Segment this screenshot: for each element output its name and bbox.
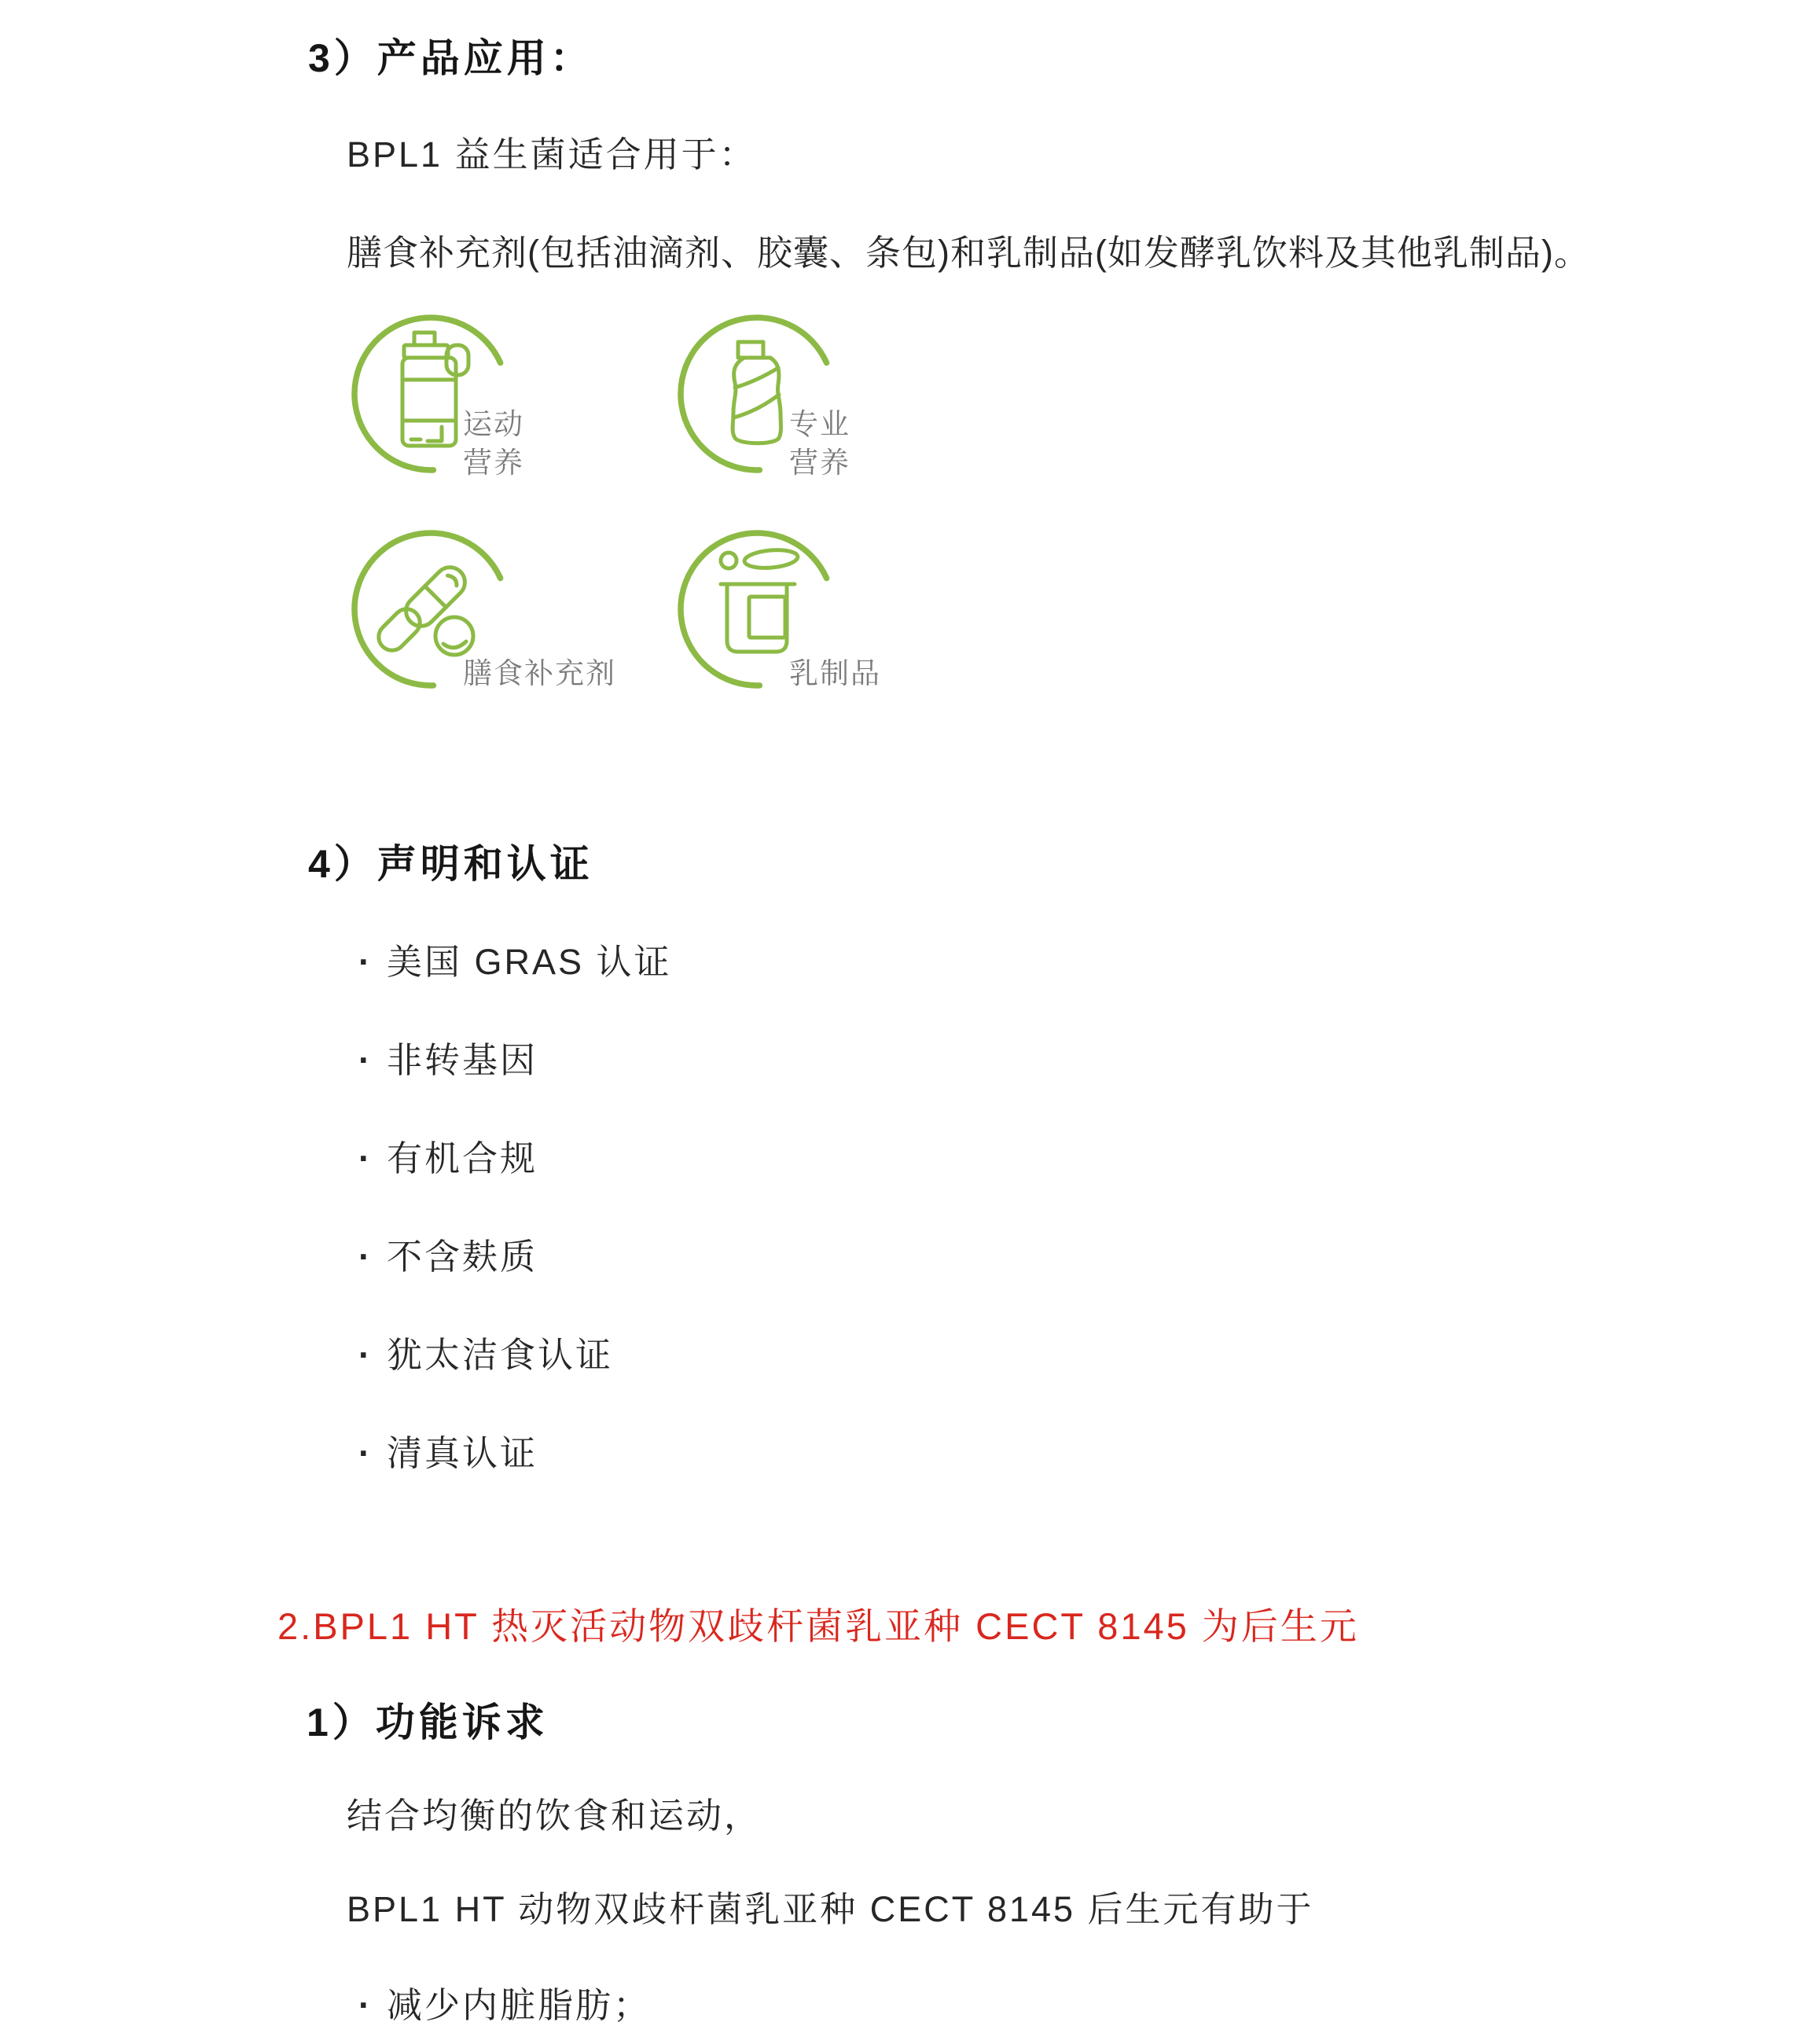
application-label: 运动 营养 — [463, 406, 524, 483]
application-item-dietary-supplements: 膳食补充剂 — [348, 527, 710, 708]
claim-text: 不含麸质 — [387, 1237, 538, 1277]
bullet-icon: · — [358, 1138, 373, 1179]
claim-text: 犹太洁食认证 — [387, 1335, 613, 1376]
functional-claims-line1: 结合均衡的饮食和运动， — [347, 1796, 762, 1836]
bullet-icon: · — [358, 1335, 373, 1376]
section-heading-product-application: 3）产品应用： — [308, 36, 593, 82]
application-label: 专业 营养 — [789, 406, 850, 483]
claim-text: 清真认证 — [387, 1433, 538, 1474]
bullet-icon: · — [358, 1433, 373, 1474]
claim-item: · 有机合规 — [358, 1138, 538, 1179]
bullet-icon: · — [358, 942, 373, 983]
claim-text: 美国 GRAS 认证 — [387, 942, 672, 983]
application-label: 膳食补充剂 — [463, 655, 616, 693]
section-heading-claims: 4）声明和认证 — [308, 842, 593, 888]
claim-item: · 非转基因 — [358, 1040, 538, 1081]
application-item-sports-nutrition: 运动 营养 — [348, 311, 710, 492]
benefit-text: 减少内脏脂肪； — [387, 1985, 651, 2026]
claim-text: 非转基因 — [387, 1040, 538, 1081]
benefit-item: · 减少内脏脂肪； — [358, 1985, 651, 2026]
claim-item: · 清真认证 — [358, 1433, 538, 1474]
bullet-icon: · — [358, 1040, 373, 1081]
claim-item: · 犹太洁食认证 — [358, 1335, 613, 1376]
application-item-professional-nutrition: 专业 营养 — [674, 311, 1036, 492]
bullet-icon: · — [358, 1985, 373, 2026]
document-page: 3）产品应用： BPL1 益生菌适合用于： 膳食补充剂(包括油滴剂、胶囊、条包)… — [0, 0, 1811, 2044]
section-heading-functional-claims: 1）功能诉求 — [307, 1700, 549, 1746]
product-application-intro: BPL1 益生菌适合用于： — [347, 134, 757, 175]
section-heading-postbiotic: 2.BPL1 HT 热灭活动物双歧杆菌乳亚种 CECT 8145 为后生元 — [277, 1605, 1359, 1648]
claim-item: · 美国 GRAS 认证 — [358, 942, 672, 983]
application-label: 乳制品 — [789, 655, 881, 693]
claim-item: · 不含麸质 — [358, 1237, 538, 1277]
product-application-description: 膳食补充剂(包括油滴剂、胶囊、条包)和乳制品(如发酵乳饮料及其他乳制品)。 — [347, 233, 1590, 274]
bullet-icon: · — [358, 1237, 373, 1277]
claim-text: 有机合规 — [387, 1138, 538, 1179]
application-item-dairy: 乳制品 — [674, 527, 1036, 708]
functional-claims-line2: BPL1 HT 动物双歧杆菌乳亚种 CECT 8145 后生元有助于 — [347, 1889, 1314, 1930]
